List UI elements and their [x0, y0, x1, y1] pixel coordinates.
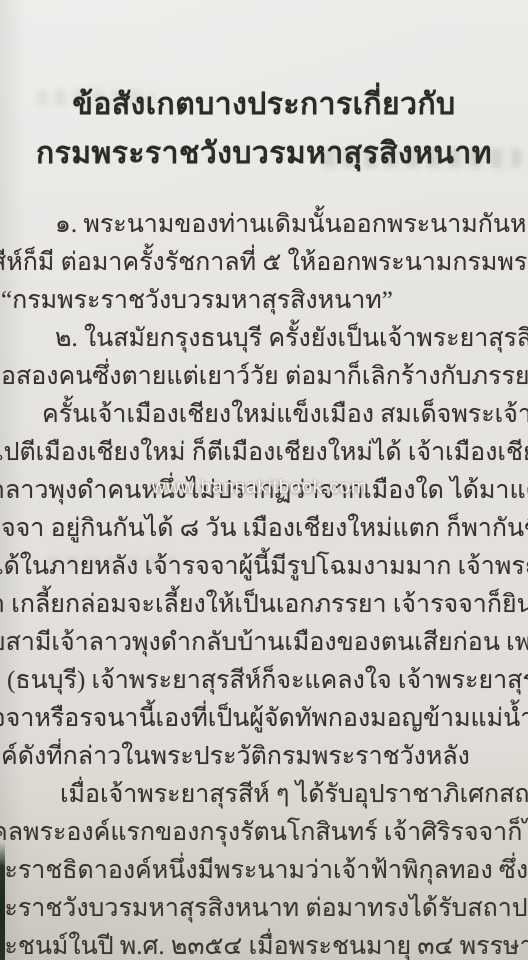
- photo-edge-strip: [0, 842, 5, 960]
- text-line: า เกลี้ยกล่อมจะเลี้ยงให้เป็นเอกภรรยา เจ้…: [0, 586, 528, 624]
- text-line: ค์ดังที่กล่าวในพระประวัติกรมพระราชวังหลั…: [1, 738, 528, 776]
- text-line: จจา อยู่กินกันได้ ๘ วัน เมืองเชียงใหม่แต…: [1, 510, 528, 548]
- page-title-line2: กรมพระราชวังบวรมหาสุรสิงหนาท: [0, 129, 528, 178]
- text-line: ระราชวังบวรมหาสุรสิงหนาท ต่อมาทรงได้รับส…: [0, 890, 528, 928]
- text-line: ๑. พระนามของท่านเดิมนั้นออกพระนามกันหลาย…: [0, 206, 528, 244]
- text-line: ครั้นเจ้าเมืองเชียงใหม่แข็งเมือง สมเด็จพ…: [0, 396, 528, 434]
- text-line: เมื่อเจ้าพระยาสุรสีห์ ๆ ได้รับอุปราชาภิเ…: [0, 776, 528, 814]
- text-line: ระราชธิดาองค์หนึ่งมีพระนามว่าเจ้าฟ้าพิกุ…: [0, 852, 528, 890]
- watermark-text: www.bannakitbook.com: [152, 477, 368, 499]
- text-line: “กรมพระราชวังบวรมหาสุรสิงหนาท”: [1, 282, 528, 320]
- text-line: ไปตีเมืองเชียงใหม่ ก็ตีเมืองเชียงใหม่ได้…: [0, 434, 528, 472]
- text-line: (ธนบุรี) เจ้าพระยาสุรสีห์ก็จะแคลงใจ เจ้า…: [7, 662, 528, 700]
- text-line: ระชนม์ในปี พ.ศ. ๒๓๕๔ เมื่อพระชนมายุ ๓๔ พ…: [0, 928, 528, 960]
- text-line: ได้ในภายหลัง เจ้ารจจาผู้นี้มีรูปโฉมงามมา…: [0, 548, 528, 586]
- text-line: จจาหรือรจนานี้เองที่เป็นผู้จัดทัพกองมอญข…: [0, 700, 528, 738]
- book-page-photo: ข้อสังเกตบางประการเกี่ยวกับ กรมพระราชวัง…: [0, 0, 528, 960]
- text-line: ยสามีเจ้าลาวพุงดำกลับบ้านเมืองของตนเสียก…: [0, 624, 528, 662]
- text-line: อสองคนซึ่งตายแต่เยาว์วัย ต่อมาก็เลิกร้าง…: [1, 358, 528, 396]
- page-title: ข้อสังเกตบางประการเกี่ยวกับ กรมพระราชวัง…: [0, 80, 528, 178]
- text-line: คลพระองค์แรกของกรุงรัตนโกสินทร์ เจ้าศิริ…: [0, 814, 528, 852]
- page-body: ๑. พระนามของท่านเดิมนั้นออกพระนามกันหลาย…: [0, 206, 528, 960]
- text-line: ๒. ในสมัยกรุงธนบุรี ครั้งยังเป็นเจ้าพระย…: [0, 320, 528, 358]
- text-line: สีห์ก็มี ต่อมาครั้งรัชกาลที่ ๕ ให้ออกพระ…: [0, 244, 528, 282]
- page-title-line1: ข้อสังเกตบางประการเกี่ยวกับ: [0, 80, 528, 129]
